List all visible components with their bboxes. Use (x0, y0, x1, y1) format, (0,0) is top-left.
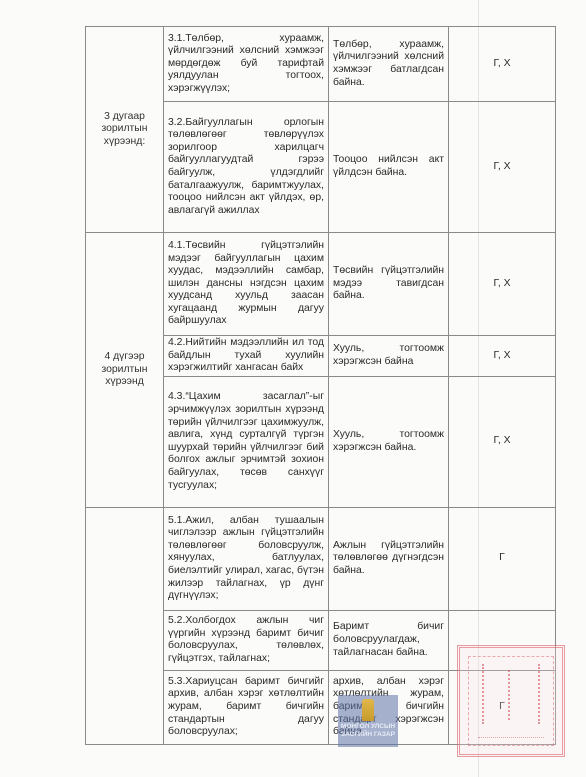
activity-cell: 3.2.Байгууллагын орлогын төлөвлөгөөг төв… (164, 102, 329, 233)
activity-cell: 5.2.Холбогдох ажлын чиг үүргийн хүрээнд … (164, 610, 329, 670)
responsible-cell: Г, Х (449, 102, 556, 233)
result-cell: Баримт бичиг боловсруулагдаж, тайлагнаса… (329, 610, 449, 670)
responsible-cell: Г, Х (449, 27, 556, 102)
seal-script-column (538, 664, 546, 724)
result-cell: Төсвийн гүйцэтгэлийн мэдээ тавигдсан бай… (329, 233, 449, 336)
watermark-line2: ЗАСГИЙН ГАЗАР (338, 731, 398, 739)
seal-script-column (482, 664, 490, 724)
activity-cell: 4.3.“Цахим засаглал”-ыг эрчимжүүлэх зори… (164, 376, 329, 507)
result-cell: Тооцоо нийлсэн акт үйлдсэн байна. (329, 102, 449, 233)
official-seal-stamp (457, 645, 565, 757)
seal-script-column (508, 670, 516, 720)
table-row: 3 дугаар зорилтын хүрээнд: 3.1.Төлбөр, х… (86, 27, 556, 102)
responsible-cell: Г, Х (449, 336, 556, 377)
table-row: 5.1.Ажил, албан тушаалын чиглэлээр ажлын… (86, 507, 556, 610)
result-cell: Хууль, тогтоомж хэрэгжсэн байна (329, 336, 449, 377)
seal-bottom-text (478, 737, 544, 740)
goal-cell: 3 дугаар зорилтын хүрээнд: (86, 27, 164, 233)
activity-plan-table: 3 дугаар зорилтын хүрээнд: 3.1.Төлбөр, х… (85, 26, 556, 745)
responsible-cell: Г, Х (449, 376, 556, 507)
activity-cell: 5.1.Ажил, албан тушаалын чиглэлээр ажлын… (164, 507, 329, 610)
responsible-cell: Г, Х (449, 233, 556, 336)
result-cell: Ажлын гүйцэтгэлийн төлөвлөгөө дүгнэгдсэн… (329, 507, 449, 610)
activity-cell: 5.3.Хариуцсан баримт бичгийг архив, алба… (164, 670, 329, 744)
activity-cell: 4.2.Нийтийн мэдээллийн ил тод байдлын ту… (164, 336, 329, 377)
result-cell: Хууль, тогтоомж хэрэгжсэн байна. (329, 376, 449, 507)
watermark-line1: МОНГОЛ УЛСЫН (338, 723, 398, 731)
responsible-cell: Г (449, 507, 556, 610)
goal-cell: 4 дүгээр зорилтын хүрээнд (86, 233, 164, 508)
result-cell: Төлбөр, хураамж, үйлчилгээний хөлсний хэ… (329, 27, 449, 102)
activity-cell: 3.1.Төлбөр, хураамж, үйлчилгээний хөлсни… (164, 27, 329, 102)
goal-cell (86, 507, 164, 744)
table-row: 4 дүгээр зорилтын хүрээнд 4.1.Төсвийн гү… (86, 233, 556, 336)
government-emblem-watermark: МОНГОЛ УЛСЫН ЗАСГИЙН ГАЗАР (338, 695, 398, 747)
soyombo-icon (362, 699, 374, 721)
activity-cell: 4.1.Төсвийн гүйцэтгэлийн мэдээг байгуулл… (164, 233, 329, 336)
